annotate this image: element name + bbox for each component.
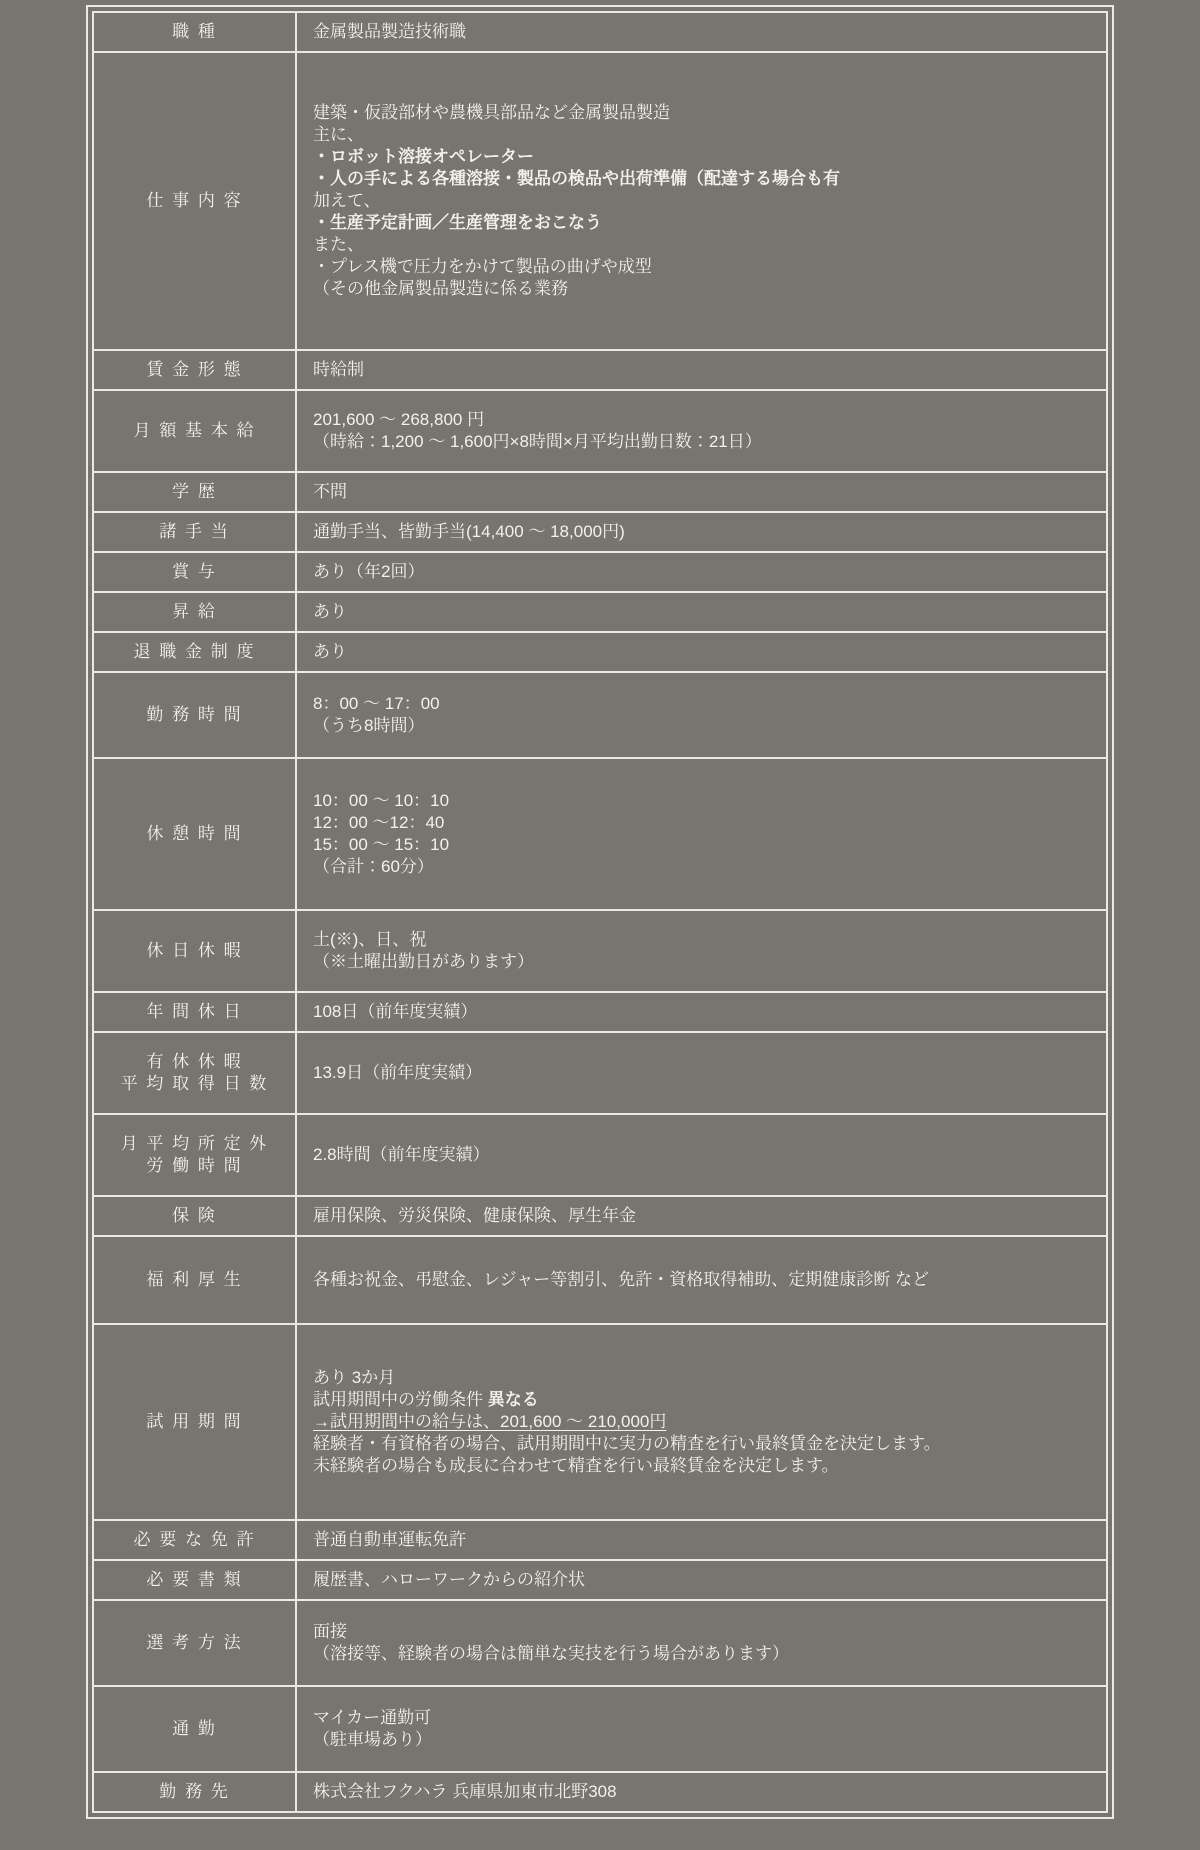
row-label: 休 日 休 暇 bbox=[93, 910, 296, 992]
value-line: また、 bbox=[313, 234, 1090, 256]
row-value: 土(※)、日、祝（※土曜出勤日があります） bbox=[296, 910, 1107, 992]
row-label: 賃 金 形 態 bbox=[93, 350, 296, 390]
row-value: 8：00 〜 17：00（うち8時間） bbox=[296, 672, 1107, 758]
row-value: 時給制 bbox=[296, 350, 1107, 390]
table-row: 年 間 休 日108日（前年度実績） bbox=[93, 992, 1107, 1032]
table-row: 試 用 期 間あり 3か月試用期間中の労働条件 異なる→試用期間中の給与は、20… bbox=[93, 1324, 1107, 1520]
row-value: 通勤手当、皆勤手当(14,400 〜 18,000円) bbox=[296, 512, 1107, 552]
table-row: 通 勤マイカー通勤可（駐車場あり） bbox=[93, 1686, 1107, 1772]
row-label: 選 考 方 法 bbox=[93, 1600, 296, 1686]
value-line: 履歴書、ハローワークからの紹介状 bbox=[313, 1569, 1090, 1591]
row-label: 諸 手 当 bbox=[93, 512, 296, 552]
value-line: 株式会社フクハラ 兵庫県加東市北野308 bbox=[313, 1781, 1090, 1803]
table-row: 福 利 厚 生各種お祝金、弔慰金、レジャー等割引、免許・資格取得補助、定期健康診… bbox=[93, 1236, 1107, 1324]
row-label: 福 利 厚 生 bbox=[93, 1236, 296, 1324]
table-row: 職 種金属製品製造技術職 bbox=[93, 12, 1107, 52]
value-line: 108日（前年度実績） bbox=[313, 1001, 1090, 1023]
table-row: 必 要 書 類履歴書、ハローワークからの紹介状 bbox=[93, 1560, 1107, 1600]
table-row: 諸 手 当通勤手当、皆勤手当(14,400 〜 18,000円) bbox=[93, 512, 1107, 552]
value-line: 15：00 〜 15：10 bbox=[313, 834, 1090, 856]
value-line: （駐車場あり） bbox=[313, 1729, 1090, 1751]
table-row: 月 平 均 所 定 外労 働 時 間2.8時間（前年度実績） bbox=[93, 1114, 1107, 1196]
value-line: 加えて、 bbox=[313, 190, 1090, 212]
value-line: あり bbox=[313, 641, 1090, 663]
row-label: 必 要 書 類 bbox=[93, 1560, 296, 1600]
value-line: 未経験者の場合も成長に合わせて精査を行い最終賃金を決定します。 bbox=[313, 1455, 1090, 1477]
row-value: マイカー通勤可（駐車場あり） bbox=[296, 1686, 1107, 1772]
row-value: 各種お祝金、弔慰金、レジャー等割引、免許・資格取得補助、定期健康診断 など bbox=[296, 1236, 1107, 1324]
value-line: ・ロボット溶接オペレーター bbox=[313, 146, 1090, 168]
value-line: （その他金属製品製造に係る業務 bbox=[313, 278, 1090, 300]
value-line: 金属製品製造技術職 bbox=[313, 21, 1090, 43]
table-row: 月 額 基 本 給201,600 〜 268,800 円（時給：1,200 〜 … bbox=[93, 390, 1107, 472]
row-value: 株式会社フクハラ 兵庫県加東市北野308 bbox=[296, 1772, 1107, 1812]
table-row: 選 考 方 法面接（溶接等、経験者の場合は簡単な実技を行う場合があります） bbox=[93, 1600, 1107, 1686]
row-label: 通 勤 bbox=[93, 1686, 296, 1772]
table-row: 休 憩 時 間10：00 〜 10：1012：00 〜12：4015：00 〜 … bbox=[93, 758, 1107, 910]
row-label: 有 休 休 暇平 均 取 得 日 数 bbox=[93, 1032, 296, 1114]
row-label: 学 歴 bbox=[93, 472, 296, 512]
value-line: →試用期間中の給与は、201,600 〜 210,000円 bbox=[313, 1411, 1090, 1433]
job-table-body: 職 種金属製品製造技術職仕 事 内 容建築・仮設部材や農機具部品など金属製品製造… bbox=[93, 12, 1107, 1812]
value-line: 201,600 〜 268,800 円 bbox=[313, 409, 1090, 431]
value-line: ・生産予定計画／生産管理をおこなう bbox=[313, 212, 1090, 234]
row-value: 10：00 〜 10：1012：00 〜12：4015：00 〜 15：10（合… bbox=[296, 758, 1107, 910]
row-value: 13.9日（前年度実績） bbox=[296, 1032, 1107, 1114]
row-label: 休 憩 時 間 bbox=[93, 758, 296, 910]
row-label: 年 間 休 日 bbox=[93, 992, 296, 1032]
table-row: 賃 金 形 態時給制 bbox=[93, 350, 1107, 390]
row-value: 普通自動車運転免許 bbox=[296, 1520, 1107, 1560]
row-value: 履歴書、ハローワークからの紹介状 bbox=[296, 1560, 1107, 1600]
value-line: 面接 bbox=[313, 1621, 1090, 1643]
table-row: 必 要 な 免 許普通自動車運転免許 bbox=[93, 1520, 1107, 1560]
row-label: 月 平 均 所 定 外労 働 時 間 bbox=[93, 1114, 296, 1196]
table-row: 休 日 休 暇土(※)、日、祝（※土曜出勤日があります） bbox=[93, 910, 1107, 992]
row-value: あり（年2回） bbox=[296, 552, 1107, 592]
value-line: 10：00 〜 10：10 bbox=[313, 790, 1090, 812]
row-label: 月 額 基 本 給 bbox=[93, 390, 296, 472]
row-value: あり 3か月試用期間中の労働条件 異なる→試用期間中の給与は、201,600 〜… bbox=[296, 1324, 1107, 1520]
value-line: （合計：60分） bbox=[313, 856, 1090, 878]
table-row: 学 歴不問 bbox=[93, 472, 1107, 512]
value-line: 13.9日（前年度実績） bbox=[313, 1062, 1090, 1084]
row-label: 職 種 bbox=[93, 12, 296, 52]
row-label: 勤 務 先 bbox=[93, 1772, 296, 1812]
value-line: ・人の手による各種溶接・製品の検品や出荷準備（配達する場合も有 bbox=[313, 168, 1090, 190]
value-line: 12：00 〜12：40 bbox=[313, 812, 1090, 834]
value-line: 通勤手当、皆勤手当(14,400 〜 18,000円) bbox=[313, 521, 1090, 543]
value-line: 普通自動車運転免許 bbox=[313, 1529, 1090, 1551]
table-row: 仕 事 内 容建築・仮設部材や農機具部品など金属製品製造主に、・ロボット溶接オペ… bbox=[93, 52, 1107, 350]
row-value: 雇用保険、労災保険、健康保険、厚生年金 bbox=[296, 1196, 1107, 1236]
row-value: 不問 bbox=[296, 472, 1107, 512]
row-label: 昇 給 bbox=[93, 592, 296, 632]
job-table: 職 種金属製品製造技術職仕 事 内 容建築・仮設部材や農機具部品など金属製品製造… bbox=[92, 11, 1108, 1813]
value-line: 経験者・有資格者の場合、試用期間中に実力の精査を行い最終賃金を決定します。 bbox=[313, 1433, 1090, 1455]
row-value: あり bbox=[296, 592, 1107, 632]
value-line: 建築・仮設部材や農機具部品など金属製品製造 bbox=[313, 102, 1090, 124]
value-line: マイカー通勤可 bbox=[313, 1707, 1090, 1729]
page-background: { "page": { "background": "#76756f", "bo… bbox=[0, 0, 1200, 1850]
table-row: 賞 与あり（年2回） bbox=[93, 552, 1107, 592]
row-value: 201,600 〜 268,800 円（時給：1,200 〜 1,600円×8時… bbox=[296, 390, 1107, 472]
row-value: 2.8時間（前年度実績） bbox=[296, 1114, 1107, 1196]
value-line: （溶接等、経験者の場合は簡単な実技を行う場合があります） bbox=[313, 1643, 1090, 1665]
value-line: （時給：1,200 〜 1,600円×8時間×月平均出勤日数：21日） bbox=[313, 431, 1090, 453]
row-label: 勤 務 時 間 bbox=[93, 672, 296, 758]
row-label: 必 要 な 免 許 bbox=[93, 1520, 296, 1560]
value-line: 8：00 〜 17：00 bbox=[313, 693, 1090, 715]
value-line: 試用期間中の労働条件 異なる bbox=[313, 1389, 1090, 1411]
value-line: あり bbox=[313, 601, 1090, 623]
row-label: 仕 事 内 容 bbox=[93, 52, 296, 350]
row-value: 建築・仮設部材や農機具部品など金属製品製造主に、・ロボット溶接オペレーター・人の… bbox=[296, 52, 1107, 350]
value-line: 不問 bbox=[313, 481, 1090, 503]
value-line: 時給制 bbox=[313, 359, 1090, 381]
value-line: 2.8時間（前年度実績） bbox=[313, 1144, 1090, 1166]
value-line: （※土曜出勤日があります） bbox=[313, 951, 1090, 973]
value-line: あり（年2回） bbox=[313, 561, 1090, 583]
value-line: 土(※)、日、祝 bbox=[313, 929, 1090, 951]
table-row: 勤 務 先株式会社フクハラ 兵庫県加東市北野308 bbox=[93, 1772, 1107, 1812]
row-value: 108日（前年度実績） bbox=[296, 992, 1107, 1032]
value-line: ・プレス機で圧力をかけて製品の曲げや成型 bbox=[313, 256, 1090, 278]
table-row: 保 険雇用保険、労災保険、健康保険、厚生年金 bbox=[93, 1196, 1107, 1236]
row-value: 金属製品製造技術職 bbox=[296, 12, 1107, 52]
table-row: 退 職 金 制 度あり bbox=[93, 632, 1107, 672]
table-row: 勤 務 時 間8：00 〜 17：00（うち8時間） bbox=[93, 672, 1107, 758]
value-line: 雇用保険、労災保険、健康保険、厚生年金 bbox=[313, 1205, 1090, 1227]
row-label: 保 険 bbox=[93, 1196, 296, 1236]
value-line: （うち8時間） bbox=[313, 715, 1090, 737]
table-row: 有 休 休 暇平 均 取 得 日 数13.9日（前年度実績） bbox=[93, 1032, 1107, 1114]
row-label: 賞 与 bbox=[93, 552, 296, 592]
row-label: 試 用 期 間 bbox=[93, 1324, 296, 1520]
value-line: 各種お祝金、弔慰金、レジャー等割引、免許・資格取得補助、定期健康診断 など bbox=[313, 1269, 1090, 1291]
job-posting-table-frame: 職 種金属製品製造技術職仕 事 内 容建築・仮設部材や農機具部品など金属製品製造… bbox=[86, 5, 1114, 1819]
row-label: 退 職 金 制 度 bbox=[93, 632, 296, 672]
value-line: あり 3か月 bbox=[313, 1367, 1090, 1389]
table-row: 昇 給あり bbox=[93, 592, 1107, 632]
value-line: 主に、 bbox=[313, 124, 1090, 146]
row-value: あり bbox=[296, 632, 1107, 672]
row-value: 面接（溶接等、経験者の場合は簡単な実技を行う場合があります） bbox=[296, 1600, 1107, 1686]
